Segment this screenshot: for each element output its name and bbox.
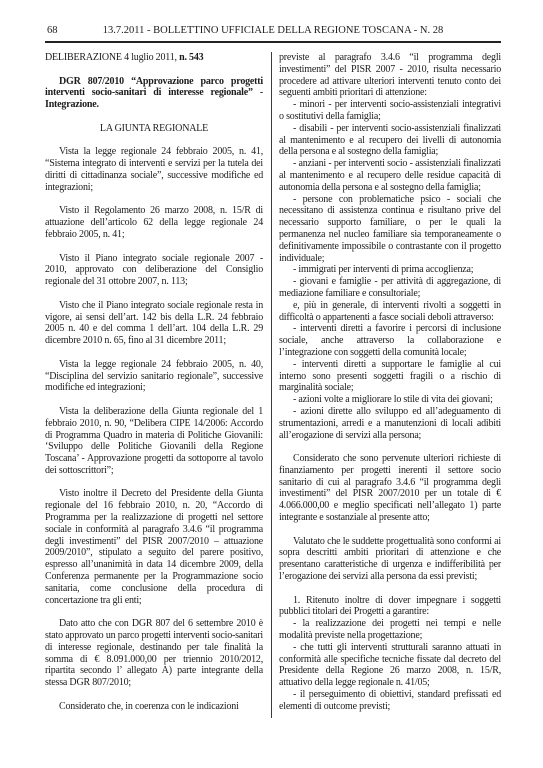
list-item: - persone con problematiche psico - soci… xyxy=(279,194,501,265)
body-paragraph: Visto inoltre il Decreto del Presidente … xyxy=(45,488,263,606)
list-item: - anziani - per interventi socio - assis… xyxy=(279,158,501,193)
list-item: - il perseguimento di obiettivi, standar… xyxy=(279,689,501,713)
bulletin-page: 68 13.7.2011 - BOLLETTINO UFFICIALE DELL… xyxy=(0,0,543,768)
list-item: - immigrati per interventi di prima acco… xyxy=(279,264,501,276)
document-body: DELIBERAZIONE 4 luglio 2011, n. 543DGR 8… xyxy=(45,52,501,718)
body-paragraph: Visto il Regolamento 26 marzo 2008, n. 1… xyxy=(45,205,263,240)
body-paragraph: Vista la legge regionale 24 febbraio 200… xyxy=(45,359,263,394)
body-paragraph: Vista la legge regionale 24 febbraio 200… xyxy=(45,146,263,193)
list-item: - giovani e famiglie - per attività di a… xyxy=(279,276,501,300)
act-number: n. 543 xyxy=(179,52,203,63)
body-paragraph: Dato atto che con DGR 807 del 6 settembr… xyxy=(45,618,263,689)
section-heading: LA GIUNTA REGIONALE xyxy=(45,123,263,135)
list-item: - interventi diretti a supportare le fam… xyxy=(279,359,501,394)
body-paragraph: Considerato che sono pervenute ulteriori… xyxy=(279,453,501,524)
list-item: - disabili - per interventi socio-assist… xyxy=(279,123,501,158)
header-rule xyxy=(45,41,501,43)
list-item: - minori - per interventi socio-assisten… xyxy=(279,99,501,123)
list-item: - azioni dirette allo sviluppo ed all’ad… xyxy=(279,406,501,441)
list-item: - interventi diretti a favorire i percor… xyxy=(279,323,501,358)
list-item: - azioni volte a migliorare lo stile di … xyxy=(279,394,501,406)
bulletin-header-title: 13.7.2011 - BOLLETTINO UFFICIALE DELLA R… xyxy=(103,25,443,36)
body-paragraph: Valutato che le suddette progettualità s… xyxy=(279,536,501,583)
body-paragraph: Visto il Piano integrato sociale regiona… xyxy=(45,253,263,288)
act-date-heading: DELIBERAZIONE 4 luglio 2011, n. 543 xyxy=(45,52,263,64)
list-item: - che tutti gli interventi strutturali s… xyxy=(279,642,501,689)
act-date-text: DELIBERAZIONE 4 luglio 2011, xyxy=(45,52,179,63)
column-divider xyxy=(271,52,272,718)
act-title: DGR 807/2010 “Approvazione parco progett… xyxy=(45,76,263,111)
right-column: previste al paragrafo 3.4.6 “il programm… xyxy=(279,52,501,713)
body-paragraph: Visto che il Piano integrato sociale reg… xyxy=(45,300,263,347)
body-paragraph: 1. Ritenuto inoltre di dover impegnare i… xyxy=(279,595,501,619)
page-header: 68 13.7.2011 - BOLLETTINO UFFICIALE DELL… xyxy=(45,25,501,37)
page-number: 68 xyxy=(47,25,58,37)
left-column: DELIBERAZIONE 4 luglio 2011, n. 543DGR 8… xyxy=(45,52,263,713)
body-paragraph: Considerato che, in coerenza con le indi… xyxy=(45,701,263,713)
list-item: - la realizzazione dei progetti nei temp… xyxy=(279,618,501,642)
body-paragraph: Vista la deliberazione della Giunta regi… xyxy=(45,406,263,477)
body-paragraph: e, più in generale, di interventi rivolt… xyxy=(279,300,501,324)
continuation-paragraph: previste al paragrafo 3.4.6 “il programm… xyxy=(279,52,501,99)
